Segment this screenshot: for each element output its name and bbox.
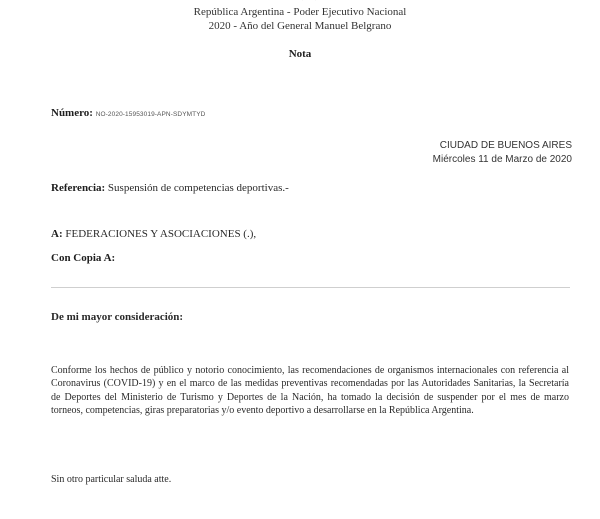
closing-line: Sin otro particular saluda atte. <box>51 474 171 485</box>
document-number-label: Número: <box>51 107 93 119</box>
header-year-motto: 2020 - Año del General Manuel Belgrano <box>0 19 600 33</box>
carbon-copy: Con Copia A: <box>51 252 115 264</box>
recipient-value: FEDERACIONES Y ASOCIACIONES (.), <box>65 228 256 240</box>
header-government: República Argentina - Poder Ejecutivo Na… <box>0 5 600 19</box>
recipient: A: FEDERACIONES Y ASOCIACIONES (.), <box>51 228 256 240</box>
body-paragraph: Conforme los hechos de público y notorio… <box>51 364 569 417</box>
document-type-title: Nota <box>0 48 600 60</box>
reference-value: Suspensión de competencias deportivas.- <box>108 182 289 194</box>
document-date: Miércoles 11 de Marzo de 2020 <box>433 154 572 165</box>
carbon-copy-label: Con Copia A: <box>51 252 115 264</box>
document-number: Número: NO-2020-15953019-APN-SDYMTYD <box>51 107 205 119</box>
salutation: De mi mayor consideración: <box>51 311 183 323</box>
recipient-label: A: <box>51 228 63 240</box>
reference-label: Referencia: <box>51 182 105 194</box>
reference: Referencia: Suspensión de competencias d… <box>51 182 289 194</box>
location-city: CIUDAD DE BUENOS AIRES <box>440 140 572 151</box>
section-divider <box>51 287 570 288</box>
document-number-value: NO-2020-15953019-APN-SDYMTYD <box>96 111 206 118</box>
